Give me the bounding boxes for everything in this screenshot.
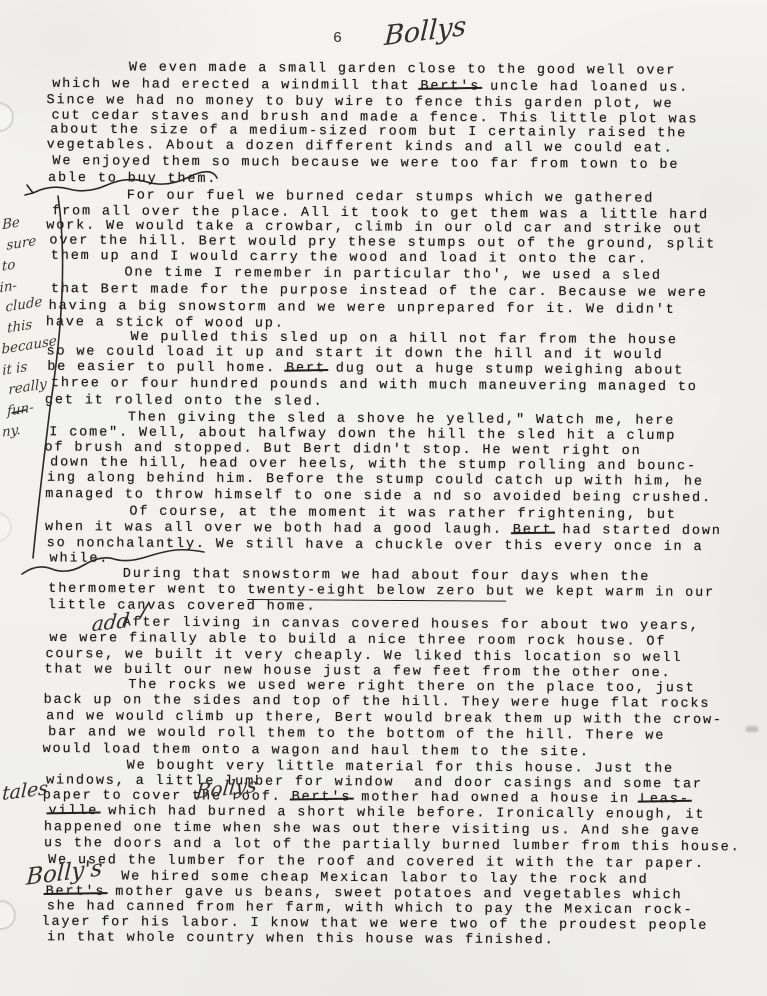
- typed-text: get it rolled onto the sled.: [45, 393, 324, 410]
- struck-text: Bert: [286, 361, 326, 376]
- typed-text: Of course, at the moment it was rather f…: [129, 504, 676, 522]
- typed-text: One time I remember in particular tho', …: [124, 266, 661, 284]
- struck-text: Bert's: [420, 79, 480, 94]
- typed-text: had started down: [553, 524, 722, 540]
- typed-text: bar and we would roll them to the bottom…: [48, 726, 665, 745]
- typed-lines: We even made a small garden close to the…: [45, 60, 740, 951]
- struck-text: Bert: [513, 523, 553, 538]
- typed-text: have a stick of wood up.: [46, 315, 285, 331]
- typed-text: happened one time when she was out there…: [44, 820, 701, 839]
- struck-text: Leas-: [640, 792, 690, 807]
- typed-text: that Bert made for the purpose instead o…: [51, 282, 708, 301]
- handwritten-add-note: add: [91, 608, 131, 636]
- typed-text: For our fuel we burned cedar stumps whic…: [127, 188, 655, 206]
- typed-text: t we kept warm in our: [506, 584, 715, 600]
- handwritten-margin-note: Besuretoin-cludethisbecauseit isreallyfu…: [2, 208, 51, 443]
- manuscript-page: { "page": { "number": "6" }, "handwritin…: [0, 0, 767, 996]
- typed-text: while.: [50, 552, 110, 567]
- struck-text: ville: [48, 803, 98, 818]
- typed-text: be easier to pull home.: [47, 360, 286, 376]
- typed-text: After living in canvas covered houses fo…: [123, 615, 700, 634]
- typed-text: mother had owned a house in: [351, 790, 640, 807]
- typed-text: three or four hundred pounds and with mu…: [51, 376, 698, 395]
- struck-text: Bert's: [292, 790, 352, 805]
- typed-line: in that whole country when this house wa…: [47, 931, 737, 951]
- typed-text: managed to throw himself to one side a n…: [45, 487, 712, 506]
- typed-text: uncle had loaned us.: [480, 79, 689, 95]
- pencil-smudge: [746, 726, 758, 732]
- typed-text: when it was all over we both had a good …: [45, 520, 513, 538]
- typed-text: dug out a huge stump weighing about: [326, 362, 684, 379]
- typed-text: in that whole country when this house wa…: [47, 931, 555, 949]
- typed-text: We even made a small garden close to the…: [129, 60, 676, 78]
- typed-text: able to buy them.: [48, 171, 217, 187]
- typed-text: which we had erected a windmill that: [52, 77, 420, 94]
- typed-text: little canvas covered home.: [48, 598, 317, 615]
- typed-text: us the doors and a lot of the partially …: [44, 836, 741, 855]
- typed-text: We enjoyed them so much because we were …: [52, 154, 679, 173]
- typed-text: thermometer went to: [48, 582, 247, 598]
- page-number: 6: [333, 30, 343, 47]
- typed-text: and we would climb up there, Bert would …: [46, 709, 723, 728]
